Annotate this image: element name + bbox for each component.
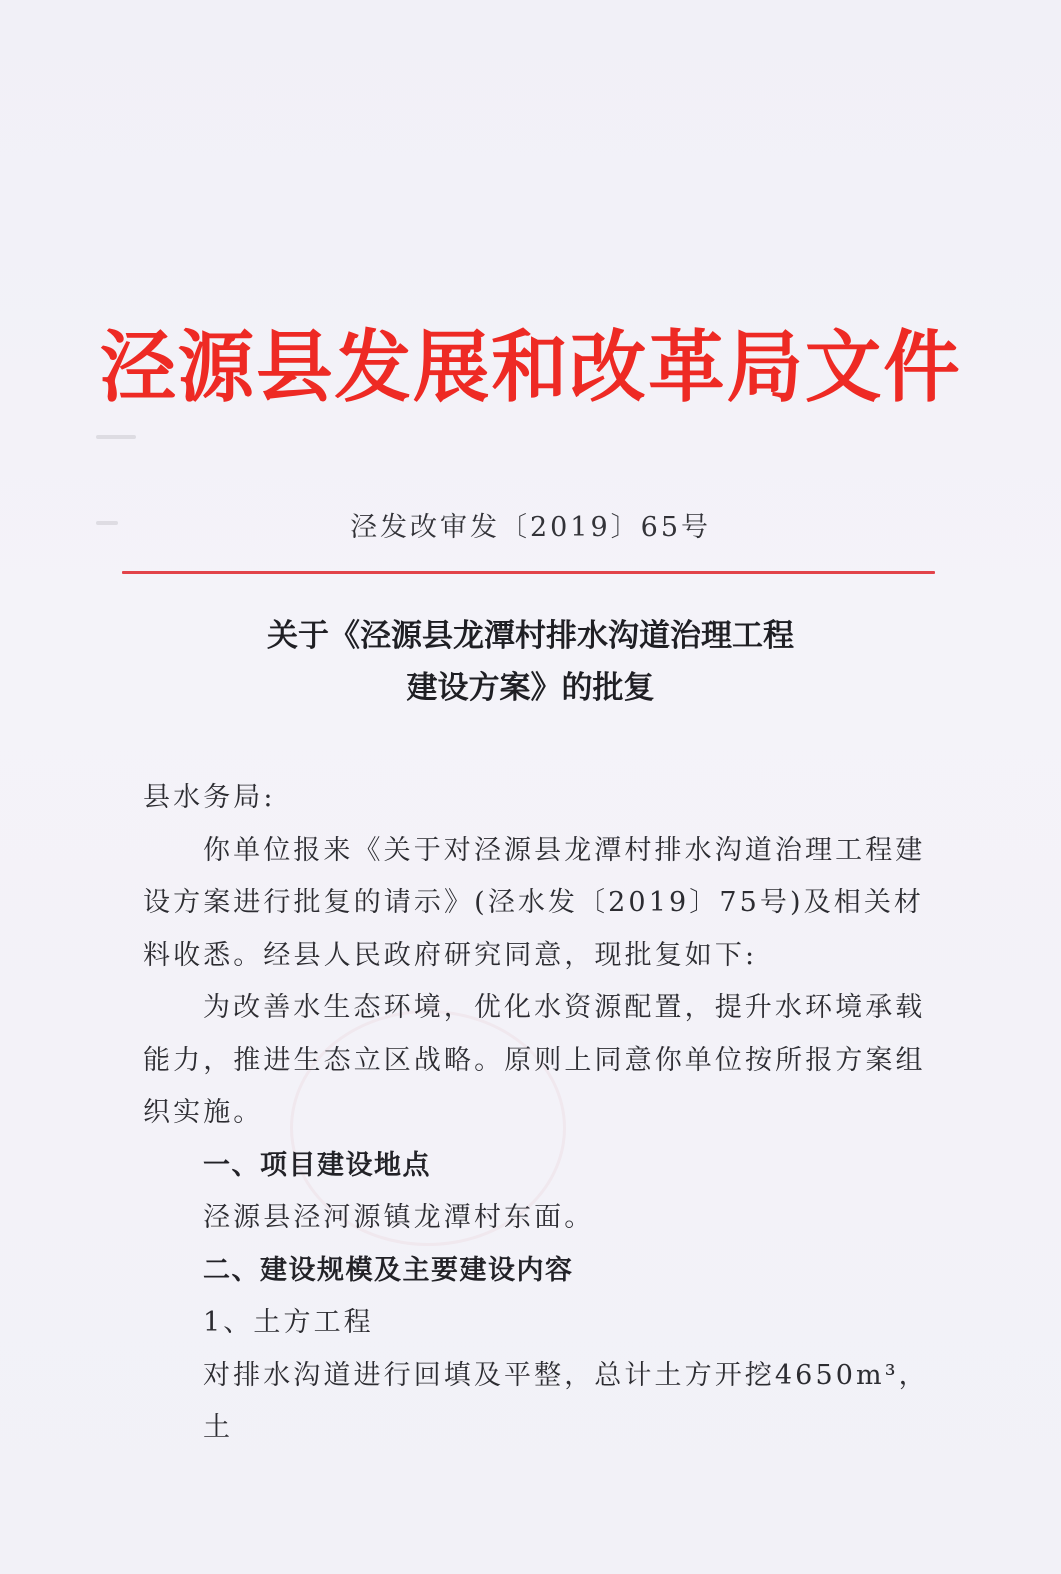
document-body: 县水务局: 你单位报来《关于对泾源县龙潭村排水沟道治理工程建设方案进行批复的请示… xyxy=(143,772,933,1455)
section-heading-location: 一、项目建设地点 xyxy=(143,1140,933,1193)
issuer-header: 泾源县发展和改革局文件 xyxy=(11,318,1051,418)
subject-line-2: 建设方案》的批复 xyxy=(0,662,1061,714)
paragraph-request-received: 你单位报来《关于对泾源县龙潭村排水沟道治理工程建设方案进行批复的请示》(泾水发〔… xyxy=(143,825,933,983)
red-divider-line xyxy=(122,571,935,574)
document-number: 泾发改审发〔2019〕65号 xyxy=(0,508,1061,548)
subject-line-1: 关于《泾源县龙潭村排水沟道治理工程 xyxy=(0,610,1061,662)
section-heading-scale: 二、建设规模及主要建设内容 xyxy=(143,1245,933,1298)
paragraph-approval: 为改善水生态环境，优化水资源配置，提升水环境承载能力，推进生态立区战略。原则上同… xyxy=(143,982,933,1140)
section-content-location: 泾源县泾河源镇龙潭村东面。 xyxy=(143,1192,933,1245)
scan-smudge xyxy=(96,435,136,439)
addressee: 县水务局: xyxy=(143,772,933,825)
item-title-earthwork: 1、土方工程 xyxy=(143,1297,933,1350)
document-page: 泾源县发展和改革局文件 泾发改审发〔2019〕65号 关于《泾源县龙潭村排水沟道… xyxy=(0,0,1061,1574)
item-content-earthwork: 对排水沟道进行回填及平整，总计土方开挖4650m³，土 xyxy=(143,1350,933,1455)
document-subject: 关于《泾源县龙潭村排水沟道治理工程 建设方案》的批复 xyxy=(0,610,1061,714)
